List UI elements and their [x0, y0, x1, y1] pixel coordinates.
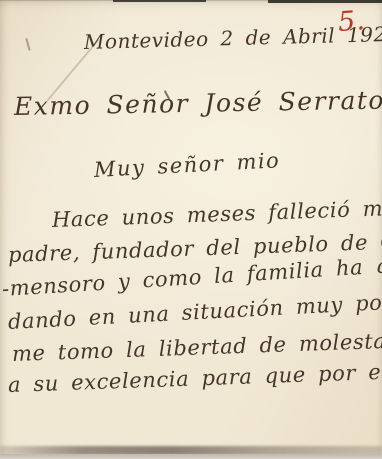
- salutation-line: Muy señor mio: [93, 148, 280, 182]
- paper-crease-small: [25, 38, 30, 51]
- scanned-letter-page: 5. Montevideo 2 de Abril 1923 Exmo Señor…: [0, 0, 382, 459]
- body-line: me tomo la libertad de molestar: [12, 329, 382, 366]
- recipient-line: Exmo Señor José Serrato: [14, 86, 382, 121]
- scan-edge-artifact-left: [113, 0, 206, 2]
- scan-edge-artifact-right: [268, 0, 382, 3]
- scan-bottom-strip: [0, 454, 382, 459]
- date-line: Montevideo 2 de Abril 1923: [84, 22, 382, 54]
- body-line: a su excelencia para que por el: [8, 360, 382, 397]
- body-line: Hace unos meses falleció mi: [52, 196, 382, 232]
